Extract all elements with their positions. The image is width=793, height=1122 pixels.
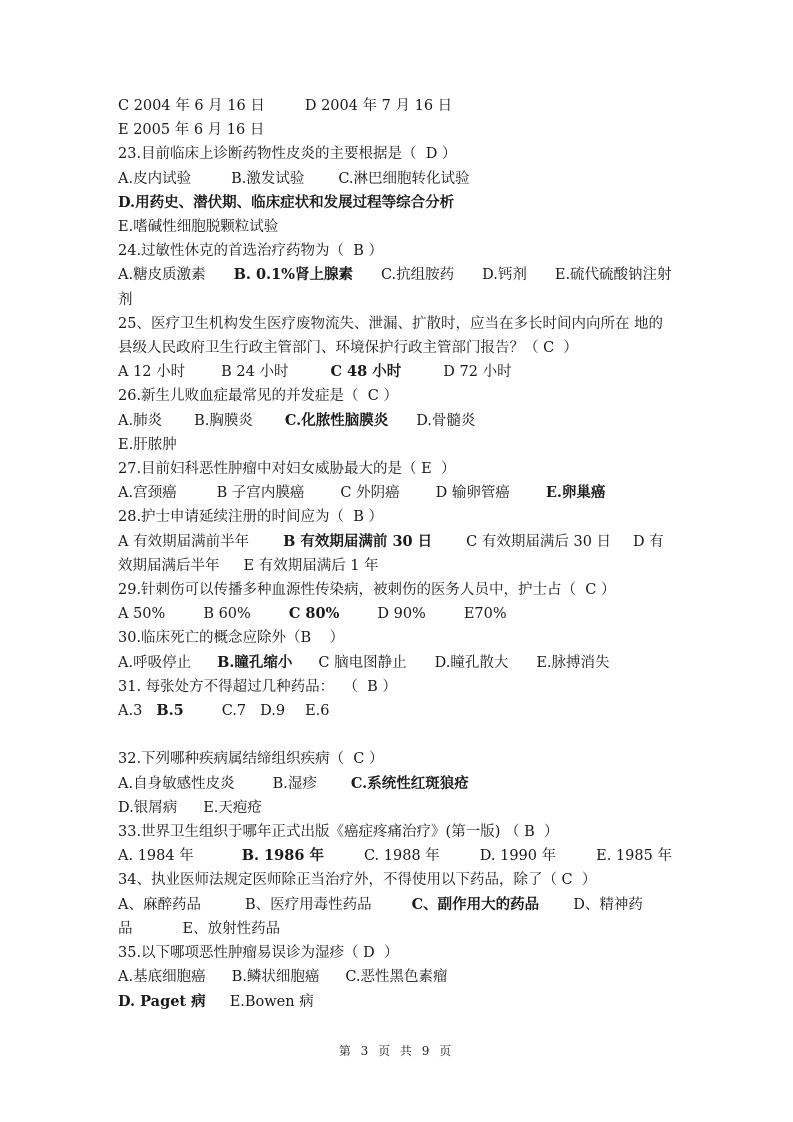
option-e: E.天疱疮: [203, 800, 262, 816]
question-29-options: A 50%B 60%C 80%D 90%E70%: [118, 602, 674, 626]
question-28-stem: 28.护士申请延续注册的时间应为（ B ）: [118, 505, 674, 529]
question-34-options-line-2: 品E、放射性药品: [118, 917, 674, 941]
option-a: A.肺炎: [118, 413, 162, 429]
option-a: A.3: [118, 703, 142, 719]
option-b: B.鳞状细胞癌: [232, 969, 320, 985]
question-26-stem: 26.新生儿败血症最常见的并发症是（ C ）: [118, 384, 674, 408]
question-26-option-e: E.肝脓肿: [118, 433, 674, 457]
q22-options-line-1: C 2004 年 6 月 16 日D 2004 年 7 月 16 日: [118, 94, 674, 118]
option-a: A.呼吸停止: [118, 655, 191, 671]
question-31-options: A.3B.5C.7D.9E.6: [118, 699, 674, 723]
question-33-stem: 33.世界卫生组织于哪年正式出版《癌症疼痛治疗》(第一版) （ B ）: [118, 820, 674, 844]
option-b: B.湿疹: [273, 776, 317, 792]
question-25-stem-line-2: 县级人民政府卫生行政主管部门、环境保护行政主管部门报告？（ C ）: [118, 336, 674, 360]
option-d-part-2: 品: [118, 921, 133, 937]
option-d: D.银屑病: [118, 800, 177, 816]
option-e: E.6: [305, 703, 329, 719]
question-35-options-line-2: D. Paget 病E.Bowen 病: [118, 990, 674, 1014]
question-23-option-e: E.嗜碱性细胞脱颗粒试验: [118, 215, 674, 239]
option-a: A.糖皮质激素: [118, 267, 206, 283]
option-d: D 72 小时: [443, 364, 511, 380]
option-b-answer: B. 0.1%肾上腺素: [234, 266, 353, 283]
option-c: C.恶性黑色素瘤: [345, 969, 447, 985]
option-d: D.钙剂: [482, 267, 527, 283]
option-a: A.自身敏感性皮炎: [118, 776, 235, 792]
question-30-options: A.呼吸停止B.瞳孔缩小C 脑电图静止D.瞳孔散大E.脉搏消失: [118, 651, 674, 675]
option-e: E、放射性药品: [183, 921, 281, 937]
question-23-stem: 23.目前临床上诊断药物性皮炎的主要根据是（ D ）: [118, 142, 674, 166]
q22-options-line-2: E 2005 年 6 月 16 日: [118, 118, 674, 142]
option-d-part-1: D 有: [633, 534, 664, 550]
question-34-stem: 34、执业医师法规定医师除正当治疗外，不得使用以下药品，除了（ C ）: [118, 868, 674, 892]
option-d-part-1: D、精神药: [573, 897, 643, 913]
option-b: B.激发试验: [231, 171, 304, 187]
question-29-stem: 29.针刺伤可以传播多种血源性传染病，被刺伤的医务人员中，护士占（ C ）: [118, 578, 674, 602]
question-23-options: A.皮内试验B.激发试验C.淋巴细胞转化试验: [118, 167, 674, 191]
option-e: E. 1985 年: [596, 848, 672, 864]
option-c: C. 1988 年: [364, 848, 440, 864]
option-c: C.7: [222, 703, 246, 719]
option-c: C 外阴癌: [340, 485, 399, 501]
option-a: A.皮内试验: [118, 171, 191, 187]
question-32-options-line-2: D.银屑病E.天疱疮: [118, 796, 674, 820]
option-d: D.瞳孔散大: [435, 655, 509, 671]
question-24-stem: 24.过敏性休克的首选治疗药物为（ B ）: [118, 239, 674, 263]
page-number-footer: 第 3 页 共 9 页: [0, 1042, 793, 1059]
option-b: B.胸膜炎: [194, 413, 253, 429]
option-b: B 60%: [203, 606, 251, 622]
option-a: A. 1984 年: [118, 848, 194, 864]
option-a: A.基底细胞癌: [118, 969, 206, 985]
option-d: D. 1990 年: [480, 848, 556, 864]
question-27-stem: 27.目前妇科恶性肿瘤中对妇女威胁最大的是（ E ）: [118, 457, 674, 481]
option-a: A.宫颈癌: [118, 485, 177, 501]
option-b: B、医疗用毒性药品: [245, 897, 372, 913]
option-d: D 输卵管癌: [436, 485, 510, 501]
option-a: A 50%: [118, 606, 165, 622]
option-c-answer: C 80%: [289, 605, 340, 622]
option-b: B 24 小时: [221, 364, 288, 380]
question-27-options: A.宫颈癌B 子宫内膜癌C 外阴癌D 输卵管癌E.卵巢癌: [118, 481, 674, 505]
option-c-answer: C.系统性红斑狼疮: [351, 775, 469, 792]
question-25-options: A 12 小时B 24 小时C 48 小时D 72 小时: [118, 360, 674, 384]
question-25-stem-line-1: 25、医疗卫生机构发生医疗废物流失、泄漏、扩散时，应当在多长时间内向所在 地的: [118, 312, 674, 336]
option-c: C 2004 年 6 月 16 日: [118, 98, 265, 114]
question-26-options: A.肺炎B.胸膜炎C.化脓性脑膜炎D.骨髓炎: [118, 409, 674, 433]
option-d-answer: D. Paget 病: [118, 993, 206, 1010]
question-28-options-line-2: 效期届满后半年E 有效期届满后 1 年: [118, 554, 674, 578]
option-d: D.9: [260, 703, 285, 719]
option-c: C 有效期届满后 30 日: [466, 534, 611, 550]
blank-line: [118, 723, 674, 747]
option-e: E.Bowen 病: [230, 994, 314, 1010]
option-b-answer: B.瞳孔缩小: [217, 654, 292, 671]
option-d: D 2004 年 7 月 16 日: [305, 98, 452, 114]
option-c-answer: C 48 小时: [330, 363, 401, 380]
question-23-option-d-answer: D.用药史、潜伏期、临床症状和发展过程等综合分析: [118, 191, 674, 215]
option-e: E.脉搏消失: [536, 655, 609, 671]
option-c: C.淋巴细胞转化试验: [338, 171, 469, 187]
option-b: B 子宫内膜癌: [217, 485, 305, 501]
question-28-options-line-1: A 有效期届满前半年B 有效期届满前 30 日C 有效期届满后 30 日D 有: [118, 530, 674, 554]
option-e: E 2005 年 6 月 16 日: [118, 122, 264, 138]
option-d-part-2: 效期届满后半年: [118, 558, 220, 574]
question-31-stem: 31. 每张处方不得超过几种药品： （ B ）: [118, 675, 674, 699]
option-c-answer: C.化脓性脑膜炎: [285, 412, 388, 429]
option-d: D.骨髓炎: [416, 413, 475, 429]
option-b-answer: B.5: [156, 702, 183, 719]
question-35-stem: 35.以下哪项恶性肿瘤易误诊为湿疹（ D ）: [118, 941, 674, 965]
option-e: E70%: [464, 606, 507, 622]
option-c-answer: C、副作用大的药品: [412, 896, 540, 913]
question-34-options-line-1: A、麻醉药品B、医疗用毒性药品C、副作用大的药品D、精神药: [118, 893, 674, 917]
question-30-stem: 30.临床死亡的概念应除外（B ）: [118, 626, 674, 650]
option-a: A、麻醉药品: [118, 897, 201, 913]
option-c: C.抗组胺药: [381, 267, 454, 283]
option-a: A 12 小时: [118, 364, 185, 380]
option-b-answer: B. 1986 年: [242, 847, 324, 864]
option-d: D 90%: [377, 606, 425, 622]
option-e-answer: E.卵巢癌: [546, 484, 606, 501]
question-32-options: A.自身敏感性皮炎B.湿疹C.系统性红斑狼疮: [118, 772, 674, 796]
question-35-options: A.基底细胞癌B.鳞状细胞癌C.恶性黑色素瘤: [118, 965, 674, 989]
document-page: C 2004 年 6 月 16 日D 2004 年 7 月 16 日 E 200…: [118, 94, 674, 1014]
question-33-options: A. 1984 年B. 1986 年C. 1988 年D. 1990 年E. 1…: [118, 844, 674, 868]
question-24-options: A.糖皮质激素B. 0.1%肾上腺素C.抗组胺药D.钙剂E.硫代硫酸钠注射剂: [118, 263, 674, 311]
option-a: A 有效期届满前半年: [118, 534, 249, 550]
option-e: E 有效期届满后 1 年: [244, 558, 379, 574]
question-32-stem: 32.下列哪种疾病属结缔组织疾病（ C ）: [118, 747, 674, 771]
option-b-answer: B 有效期届满前 30 日: [283, 533, 432, 550]
option-c: C 脑电图静止: [318, 655, 406, 671]
